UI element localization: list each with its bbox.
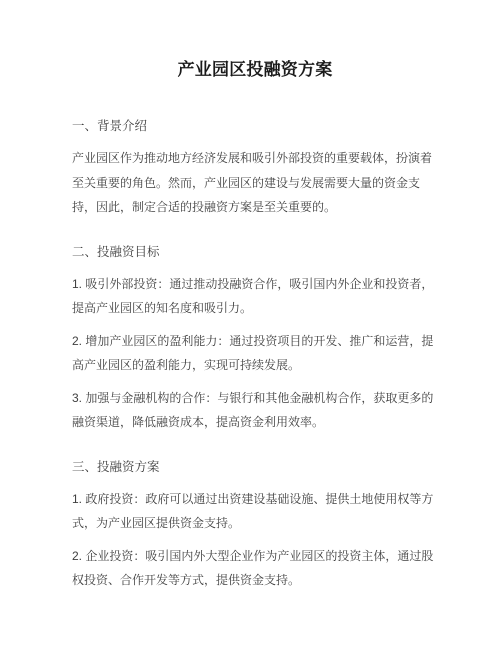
section-heading-background: 一、背景介绍 (72, 114, 438, 138)
section-financing-goals: 二、投融资目标 1. 吸引外部投资：通过推动投融资合作，吸引国内外企业和投资者，… (72, 240, 438, 435)
section-financing-plan: 三、投融资方案 1. 政府投资：政府可以通过出资建设基础设施、提供土地使用权等方… (72, 455, 438, 593)
paragraph-plan-government-investment: 1. 政府投资：政府可以通过出资建设基础设施、提供土地使用权等方式，为产业园区提… (72, 487, 438, 536)
section-background: 一、背景介绍 产业园区作为推动地方经济发展和吸引外部投资的重要载体，扮演着至关重… (72, 114, 438, 220)
paragraph-goal-increase-profitability: 2. 增加产业园区的盈利能力：通过投资项目的开发、推广和运营，提高产业园区的盈利… (72, 329, 438, 378)
paragraph-goal-attract-investment: 1. 吸引外部投资：通过推动投融资合作，吸引国内外企业和投资者，提高产业园区的知… (72, 272, 438, 321)
paragraph-background-intro: 产业园区作为推动地方经济发展和吸引外部投资的重要载体，扮演着至关重要的角色。然而… (72, 146, 438, 220)
document-page: 产业园区投融资方案 一、背景介绍 产业园区作为推动地方经济发展和吸引外部投资的重… (0, 0, 500, 647)
paragraph-goal-financial-cooperation: 3. 加强与金融机构的合作：与银行和其他金融机构合作，获取更多的融资渠道，降低融… (72, 386, 438, 435)
paragraph-plan-enterprise-investment: 2. 企业投资：吸引国内外大型企业作为产业园区的投资主体，通过股权投资、合作开发… (72, 544, 438, 593)
section-heading-financing-goals: 二、投融资目标 (72, 240, 438, 264)
document-title: 产业园区投融资方案 (72, 57, 438, 83)
section-heading-financing-plan: 三、投融资方案 (72, 455, 438, 479)
